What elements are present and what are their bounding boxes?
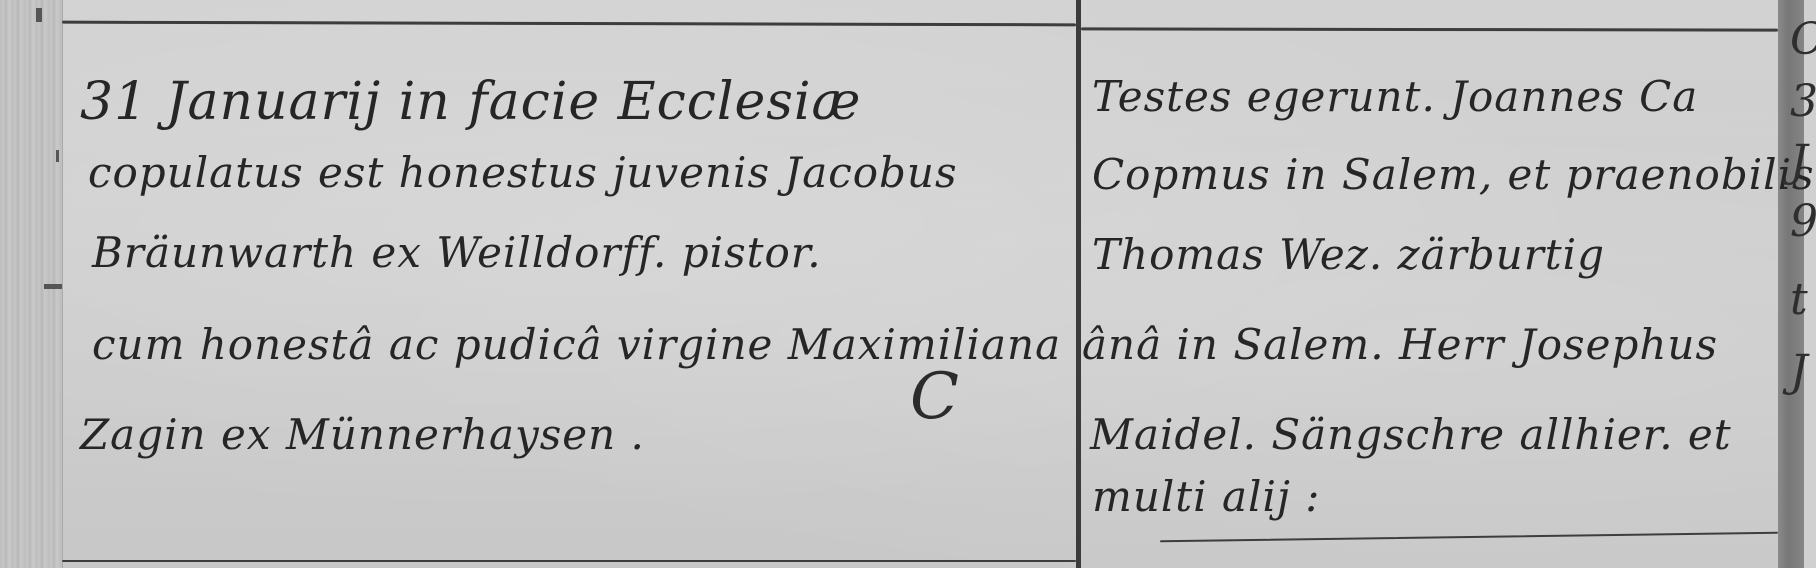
top-rule-line: [62, 21, 1076, 27]
edge-fragment: J: [1790, 140, 1808, 184]
edge-fragment: 3: [1790, 80, 1816, 124]
entry-line-5: Zagin ex Münnerhaysen .: [80, 410, 645, 459]
witness-line-4: ânâ in Salem. Herr Josephus: [1082, 320, 1718, 369]
bottom-rule-line: [62, 560, 1076, 562]
witness-line-3: Thomas Wez. zärburtig: [1092, 230, 1605, 279]
column-divider: [1076, 0, 1081, 568]
margin-flourish: C: [910, 360, 959, 434]
binding-mark: [56, 150, 59, 162]
edge-fragment: C: [1790, 18, 1816, 62]
top-rule-line-right: [1081, 27, 1778, 31]
witness-line-6: multi alij :: [1092, 472, 1320, 521]
bottom-rule-line-right: [1160, 532, 1778, 543]
book-binding-edge: [0, 0, 63, 568]
binding-mark: [36, 8, 42, 22]
entry-line-2: copulatus est honestus juvenis Jacobus: [88, 148, 958, 197]
manuscript-page: 31 Januarij in facie Ecclesiæ copulatus …: [0, 0, 1816, 568]
edge-fragment: 9: [1790, 200, 1816, 244]
edge-fragment: t: [1790, 278, 1808, 322]
binding-mark: [44, 284, 62, 289]
entry-line-3: Bräunwarth ex Weilldorff. pistor.: [92, 228, 822, 277]
witness-line-5: Maidel. Sängschre allhier. et: [1090, 410, 1732, 459]
entry-line-1: 31 Januarij in facie Ecclesiæ: [80, 72, 861, 132]
witness-line-1: Testes egerunt. Joannes Ca: [1092, 72, 1698, 121]
witness-line-2: Copmus in Salem, et praenobilis: [1092, 150, 1815, 199]
edge-fragment: J: [1790, 350, 1808, 394]
